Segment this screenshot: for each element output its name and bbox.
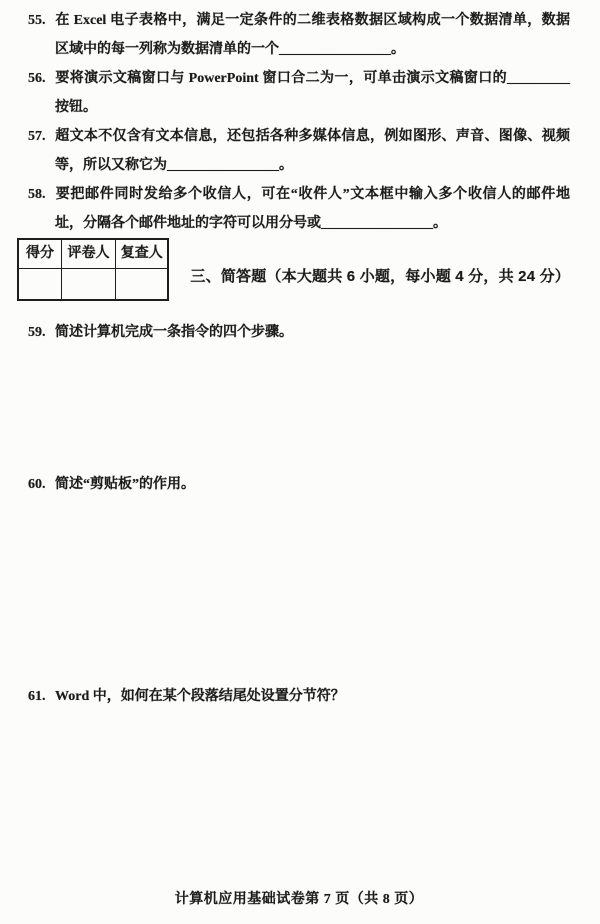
score-table-header-grader: 评卷人	[61, 239, 115, 269]
score-table-header-score: 得分	[18, 239, 61, 269]
question-text: 要把邮件同时发给多个收信人，可在“收件人”文本框中输入多个收信人的邮件地	[55, 187, 570, 202]
question-55: 55.在 Excel 电子表格中，满足一定条件的二维表格数据区域构成一个数据清单…	[28, 6, 570, 64]
question-text: 超文本不仅含有文本信息，还包括各种多媒体信息，例如图形、声音、图像、视频	[55, 129, 570, 144]
question-number: 58.	[28, 180, 55, 209]
question-61: 61.Word 中，如何在某个段落结尾处设置分节符？	[28, 682, 570, 711]
question-line: 57.超文本不仅含有文本信息，还包括各种多媒体信息，例如图形、声音、图像、视频	[28, 122, 570, 151]
section-title: 三、简答题（本大题共 6 小题，每小题 4 分，共 24 分）	[190, 262, 570, 291]
question-line: 址，分隔各个邮件地址的字符可以用分号或________________。	[28, 209, 570, 238]
score-table-header-reviewer: 复查人	[116, 239, 169, 269]
question-text: 简述“剪贴板”的作用。	[55, 477, 195, 492]
question-text: 要将演示文稿窗口与 PowerPoint 窗口合二为一，可单击演示文稿窗口的__…	[55, 71, 570, 86]
question-60: 60.简述“剪贴板”的作用。	[28, 470, 570, 499]
question-line: 区域中的每一列称为数据清单的一个________________。	[28, 35, 570, 64]
question-number: 60.	[28, 470, 55, 499]
question-text: 在 Excel 电子表格中，满足一定条件的二维表格数据区域构成一个数据清单，数据	[55, 13, 570, 28]
question-line: 56.要将演示文稿窗口与 PowerPoint 窗口合二为一，可单击演示文稿窗口…	[28, 64, 570, 93]
question-59: 59.简述计算机完成一条指令的四个步骤。	[28, 318, 570, 347]
question-56: 56.要将演示文稿窗口与 PowerPoint 窗口合二为一，可单击演示文稿窗口…	[28, 64, 570, 122]
question-line: 61.Word 中，如何在某个段落结尾处设置分节符？	[28, 682, 570, 711]
question-number: 59.	[28, 318, 55, 347]
page-footer: 计算机应用基础试卷第 7 页（共 8 页）	[28, 885, 570, 914]
question-line: 58.要把邮件同时发给多个收信人，可在“收件人”文本框中输入多个收信人的邮件地	[28, 180, 570, 209]
question-57: 57.超文本不仅含有文本信息，还包括各种多媒体信息，例如图形、声音、图像、视频 …	[28, 122, 570, 180]
score-table: 得分 评卷人 复查人	[17, 238, 169, 301]
question-text: Word 中，如何在某个段落结尾处设置分节符？	[55, 689, 345, 704]
score-section-row: 得分 评卷人 复查人 三、简答题（本大题共 6 小题，每小题 4 分，共 24 …	[17, 238, 570, 302]
question-line: 60.简述“剪贴板”的作用。	[28, 470, 570, 499]
question-line: 等，所以又称它为________________。	[28, 151, 570, 180]
question-text: 简述计算机完成一条指令的四个步骤。	[55, 325, 293, 340]
question-58: 58.要把邮件同时发给多个收信人，可在“收件人”文本框中输入多个收信人的邮件地 …	[28, 180, 570, 238]
question-number: 55.	[28, 6, 55, 35]
score-table-blank-cell	[61, 269, 115, 301]
question-number: 61.	[28, 682, 55, 711]
question-line: 按钮。	[28, 93, 570, 122]
exam-page: 55.在 Excel 电子表格中，满足一定条件的二维表格数据区域构成一个数据清单…	[0, 0, 600, 924]
score-table-blank-cell	[18, 269, 61, 301]
question-number: 56.	[28, 64, 55, 93]
score-table-blank-cell	[116, 269, 169, 301]
question-line: 59.简述计算机完成一条指令的四个步骤。	[28, 318, 570, 347]
question-line: 55.在 Excel 电子表格中，满足一定条件的二维表格数据区域构成一个数据清单…	[28, 6, 570, 35]
question-number: 57.	[28, 122, 55, 151]
